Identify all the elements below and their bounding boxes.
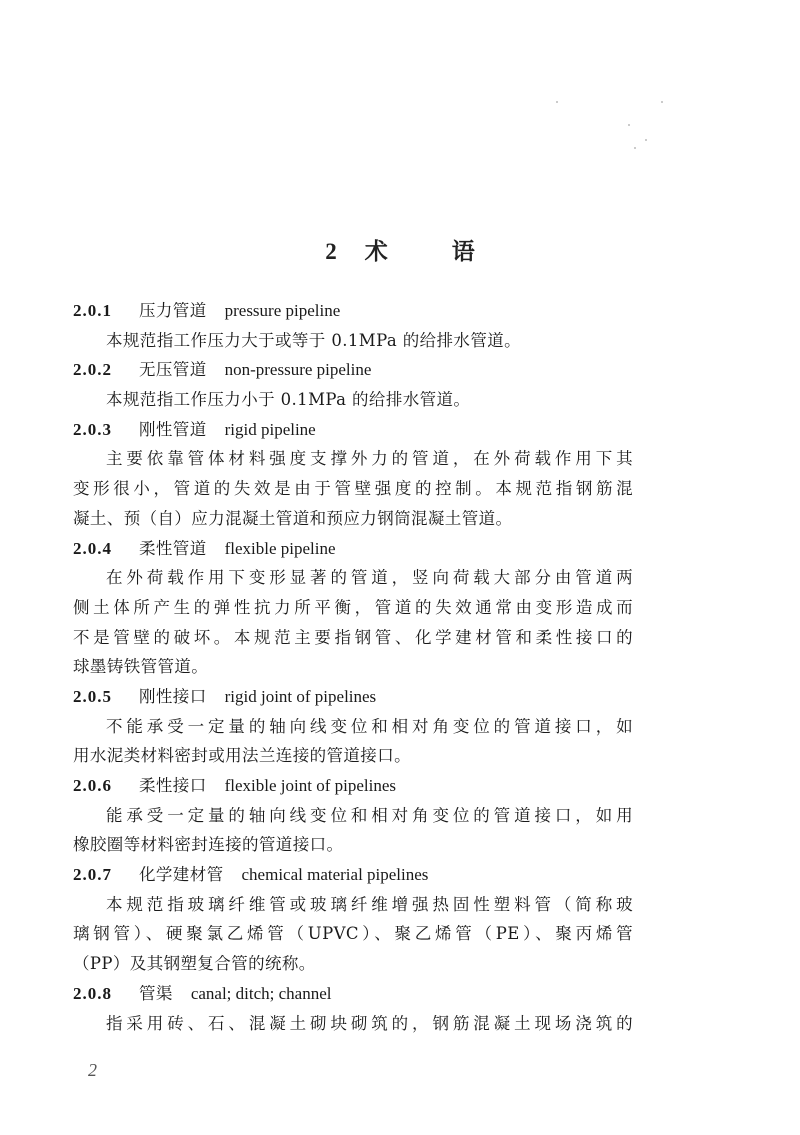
term-english: chemical material pipelines [242,865,429,884]
term-number: 2.0.4 [73,534,139,564]
term-heading: 2.0.7化学建材管chemical material pipelines [73,860,633,890]
page-number: 2 [88,1060,97,1081]
term-english: non-pressure pipeline [225,360,372,379]
chapter-title: 2 术 语 [0,235,800,269]
term-heading: 2.0.1压力管道pressure pipeline [73,296,633,326]
term-definition-line: 球墨铸铁管管道。 [73,652,633,682]
chapter-title-char: 术 [365,238,388,265]
term-definition-line: 不能承受一定量的轴向线变位和相对角变位的管道接口，如 [73,712,633,742]
term-english: flexible pipeline [225,539,336,558]
term-english: pressure pipeline [225,301,341,320]
term-number: 2.0.8 [73,979,139,1009]
term-chinese: 无压管道 [139,360,207,379]
term-number: 2.0.3 [73,415,139,445]
term-heading: 2.0.2无压管道non-pressure pipeline [73,355,633,385]
term-number: 2.0.5 [73,682,139,712]
term-chinese: 化学建材管 [139,865,224,884]
term-chinese: 管渠 [139,984,173,1003]
term-english: canal; ditch; channel [191,984,332,1003]
term-heading: 2.0.3刚性管道rigid pipeline [73,415,633,445]
scan-speck [628,124,630,126]
term-heading: 2.0.6柔性接口flexible joint of pipelines [73,771,633,801]
term-definition-line: 本规范指工作压力小于 0.1MPa 的给排水管道。 [73,385,633,415]
term-chinese: 压力管道 [139,301,207,320]
scan-speck [634,147,636,149]
term-number: 2.0.6 [73,771,139,801]
term-english: rigid joint of pipelines [225,687,377,706]
term-definition-line: 凝土、预（自）应力混凝土管道和预应力钢筒混凝土管道。 [73,504,633,534]
term-definition-line: （PP）及其钢塑复合管的统称。 [73,949,633,979]
term-heading: 2.0.8管渠canal; ditch; channel [73,979,633,1009]
term-definition-line: 不是管壁的破坏。本规范主要指钢管、化学建材管和柔性接口的 [73,623,633,653]
term-english: flexible joint of pipelines [225,776,396,795]
term-definition-line: 用水泥类材料密封或用法兰连接的管道接口。 [73,741,633,771]
scan-speck [556,101,558,103]
term-definition-line: 在外荷载作用下变形显著的管道，竖向荷载大部分由管道两 [73,563,633,593]
term-definition-line: 能承受一定量的轴向线变位和相对角变位的管道接口，如用 [73,801,633,831]
term-number: 2.0.7 [73,860,139,890]
term-definition-line: 指采用砖、石、混凝土砌块砌筑的，钢筋混凝土现场浇筑的 [73,1009,633,1039]
terms-list: 2.0.1压力管道pressure pipeline 本规范指工作压力大于或等于… [73,296,633,1038]
term-english: rigid pipeline [225,420,316,439]
term-definition-line: 主要依靠管体材料强度支撑外力的管道，在外荷载作用下其 [73,444,633,474]
term-heading: 2.0.4柔性管道flexible pipeline [73,534,633,564]
scan-speck [661,101,663,103]
term-chinese: 刚性管道 [139,420,207,439]
chapter-title-char: 语 [452,238,475,265]
term-definition-line: 橡胶圈等材料密封连接的管道接口。 [73,830,633,860]
term-chinese: 刚性接口 [139,687,207,706]
term-definition-line: 侧土体所产生的弹性抗力所平衡，管道的失效通常由变形造成而 [73,593,633,623]
term-number: 2.0.2 [73,355,139,385]
term-heading: 2.0.5刚性接口rigid joint of pipelines [73,682,633,712]
scan-speck [645,139,647,141]
term-number: 2.0.1 [73,296,139,326]
term-chinese: 柔性管道 [139,539,207,558]
term-definition-line: 本规范指玻璃纤维管或玻璃纤维增强热固性塑料管（简称玻 [73,890,633,920]
term-chinese: 柔性接口 [139,776,207,795]
term-definition-line: 璃钢管）、硬聚氯乙烯管（UPVC）、聚乙烯管（PE）、聚丙烯管 [73,919,633,949]
document-page: 2 术 语 2.0.1压力管道pressure pipeline 本规范指工作压… [0,0,800,1135]
chapter-number: 2 [325,239,337,264]
term-definition-line: 本规范指工作压力大于或等于 0.1MPa 的给排水管道。 [73,326,633,356]
term-definition-line: 变形很小，管道的失效是由于管壁强度的控制。本规范指钢筋混 [73,474,633,504]
